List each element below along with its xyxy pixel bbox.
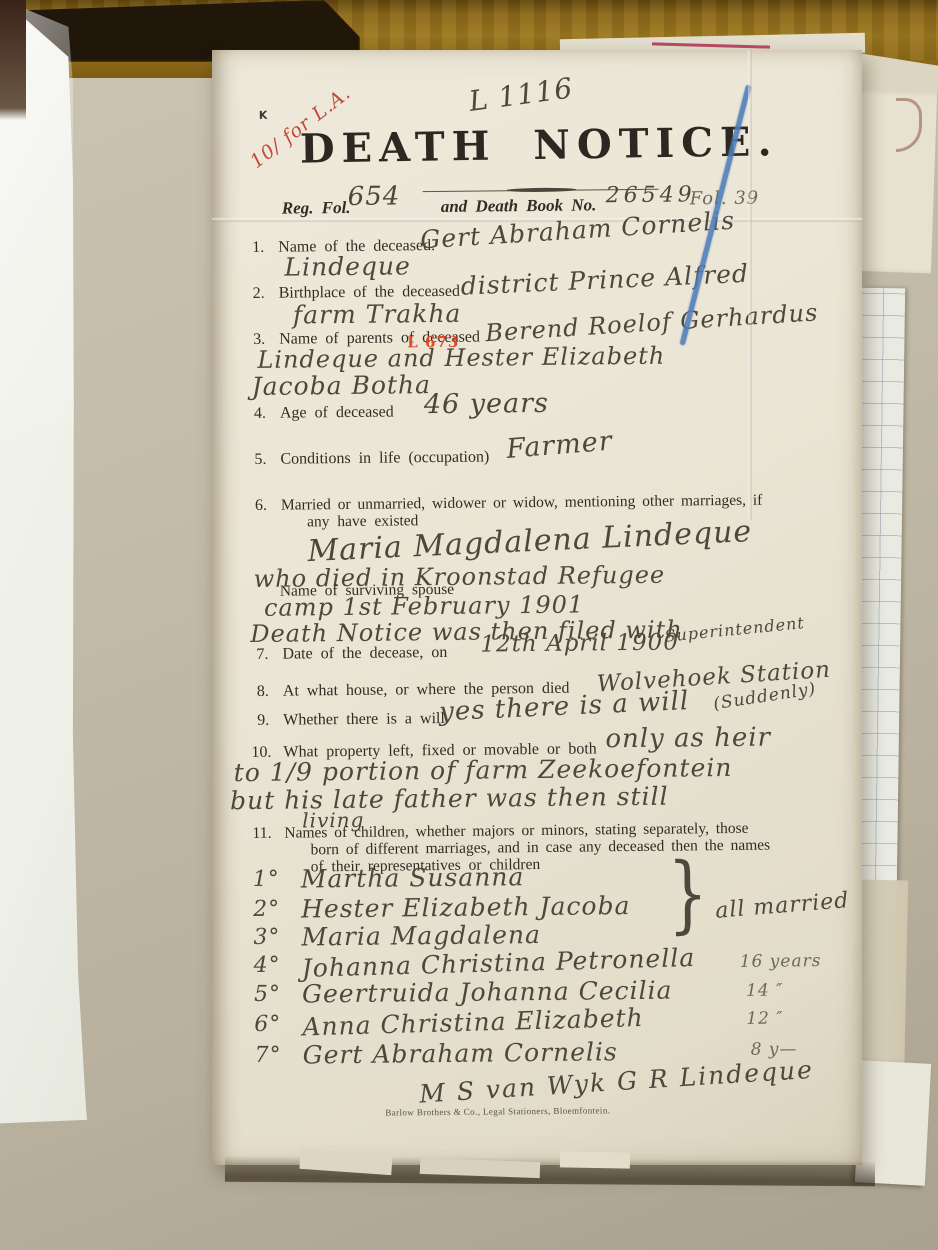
reg-fol-label: Reg. Fol. xyxy=(282,198,351,219)
form-corner-mark: K xyxy=(259,109,268,122)
child-row-1: 1° Martha Susanna xyxy=(253,861,843,895)
child-ordinal: 7° xyxy=(255,1043,282,1068)
item9-number: 9. xyxy=(257,712,269,730)
child-name: Gert Abraham Cornelis xyxy=(303,1037,618,1069)
item10-answer-line1: only as heir xyxy=(605,723,771,755)
item5-label: Conditions in life (occupation) xyxy=(280,448,489,468)
item2-number: 2. xyxy=(253,285,265,303)
child-name: Hester Elizabeth Jacoba xyxy=(301,891,631,923)
taped-page-edge xyxy=(560,1151,630,1168)
item7-label: Date of the decease, on xyxy=(282,644,447,664)
child-name: Martha Susanna xyxy=(301,862,525,893)
death-book-value: 26549 xyxy=(606,182,696,208)
item4-number: 4. xyxy=(254,405,266,423)
child-row-6: 6° Anna Christina Elizabeth 12 ″ xyxy=(254,1006,844,1040)
photo-of-death-notice: K 10/ for L.A. L 1116 DEATH NOTICE. Reg.… xyxy=(0,0,938,1250)
item3-answer-line2: Lindeque and Hester Elizabeth xyxy=(257,342,665,374)
child-age: 12 ″ xyxy=(746,1008,784,1028)
book-cover-corner xyxy=(0,0,26,120)
item7-answer: 12th April 1900 xyxy=(480,630,679,658)
item6-label-line1: Married or unmarried, widower or widow, … xyxy=(281,492,763,515)
child-ordinal: 2° xyxy=(253,897,280,922)
item2-answer-line1: district Prince Alfred xyxy=(460,259,750,301)
item1-answer-line2: Lindeque xyxy=(284,251,411,281)
item10-answer-line3: but his late father was then still xyxy=(230,782,669,816)
item2-answer-line2: farm Trakha xyxy=(293,299,462,330)
printer-imprint: Barlow Brothers & Co., Legal Stationers,… xyxy=(385,1105,610,1117)
item4-answer: 46 years xyxy=(424,388,549,420)
child-ordinal: 6° xyxy=(254,1012,281,1037)
item5-number: 5. xyxy=(254,451,266,469)
item3-answer-line1: Berend Roelof Gerhardus xyxy=(484,298,819,347)
death-book-label: and Death Book No. xyxy=(441,195,597,217)
item6-label-line2: any have existed xyxy=(307,512,418,531)
item9-label: Whether there is a will xyxy=(283,710,445,730)
item1-number: 1. xyxy=(252,239,264,257)
death-notice-page: K 10/ for L.A. L 1116 DEATH NOTICE. Reg.… xyxy=(212,50,862,1165)
child-ordinal: 4° xyxy=(254,953,281,978)
reg-fol-value: 654 xyxy=(348,181,401,212)
item6-number: 6. xyxy=(255,497,267,515)
item5-answer: Farmer xyxy=(505,426,614,465)
child-ordinal: 1° xyxy=(253,867,280,892)
children-brace: } xyxy=(667,844,708,942)
item8-number: 8. xyxy=(257,683,269,701)
page-content: K 10/ for L.A. L 1116 DEATH NOTICE. Reg.… xyxy=(206,47,868,1169)
child-age: 14 ″ xyxy=(746,980,784,1000)
child-name: Maria Magdalena xyxy=(301,920,541,952)
child-age: 16 years xyxy=(740,951,822,972)
item7-number: 7. xyxy=(256,646,268,664)
item11-number: 11. xyxy=(252,825,272,843)
item7-answer-extra: Superintendent xyxy=(664,613,806,646)
child-ordinal: 3° xyxy=(253,925,280,950)
item3-answer-line3: Jacoba Botha xyxy=(252,370,432,401)
item4-label: Age of deceased xyxy=(280,403,394,422)
file-reference-handwritten: L 1116 xyxy=(467,71,575,118)
form-title: DEATH NOTICE. xyxy=(207,117,858,174)
child-ordinal: 5° xyxy=(254,982,281,1007)
